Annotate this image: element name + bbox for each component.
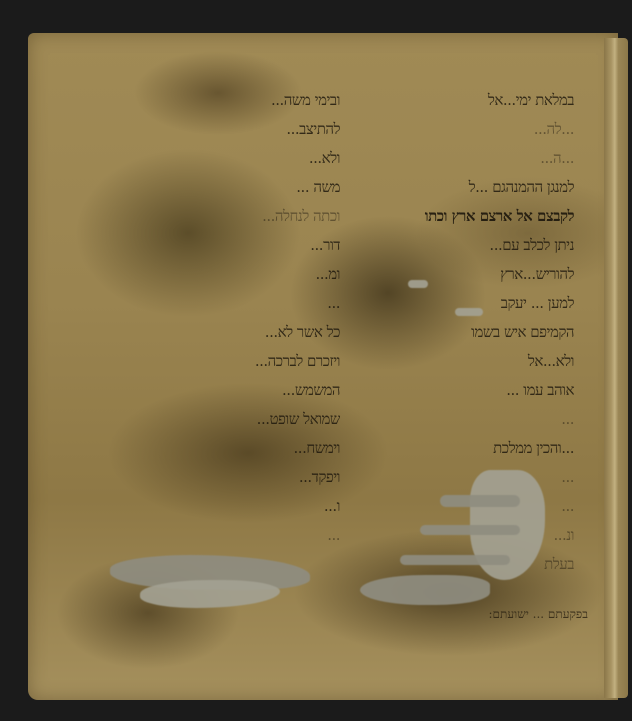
text-line: לקבצם אל ארצם ארץ וכתו	[324, 202, 574, 231]
text-line: ...	[90, 521, 340, 550]
text-line: במלאת ימי...אל	[324, 86, 574, 115]
text-line: ולא...	[90, 144, 340, 173]
text-line: המשמש...	[90, 376, 340, 405]
damage-patch	[360, 575, 490, 605]
text-line: ...ה...	[324, 144, 574, 173]
text-line: וכתה לנחלה...	[90, 202, 340, 231]
text-line: אוהב עמו ...	[324, 376, 574, 405]
damage-patch	[440, 495, 520, 507]
text-line: למנגן ההמנהגם ...ל	[324, 173, 574, 202]
text-line: משה ...	[90, 173, 340, 202]
text-line: ...והכין ממלכת	[324, 434, 574, 463]
text-line: ...	[90, 289, 340, 318]
text-line: ...לה...	[324, 115, 574, 144]
adjacent-leaf-edge	[604, 38, 628, 698]
text-line: הקמיפם איש בשמו	[324, 318, 574, 347]
text-line: ומ...	[90, 260, 340, 289]
text-line: ולא...אל	[324, 347, 574, 376]
text-line: וימשח...	[90, 434, 340, 463]
text-line: להתיצב...	[90, 115, 340, 144]
text-line: כל אשר לא...	[90, 318, 340, 347]
footer-text-line: בפקעתם ... ישועתם:	[28, 607, 588, 622]
damage-patch	[455, 308, 483, 316]
damage-patch	[408, 280, 428, 288]
text-line: דור...	[90, 231, 340, 260]
damage-patch	[400, 555, 510, 565]
text-line: שמואל שופט...	[90, 405, 340, 434]
text-line: ניתן לכלב עם...	[324, 231, 574, 260]
left-text-column: ובימי משה... להתיצב... ולא... משה ... וכ…	[90, 86, 340, 550]
text-line: ובימי משה...	[90, 86, 340, 115]
damage-patch	[420, 525, 520, 535]
text-line: ו...	[90, 492, 340, 521]
text-line: ויפקד...	[90, 463, 340, 492]
text-line: למען ... יעקב	[324, 289, 574, 318]
text-line: ...	[324, 405, 574, 434]
text-line: ויזכרם לברכה...	[90, 347, 340, 376]
text-line: להוריש...ארץ	[324, 260, 574, 289]
